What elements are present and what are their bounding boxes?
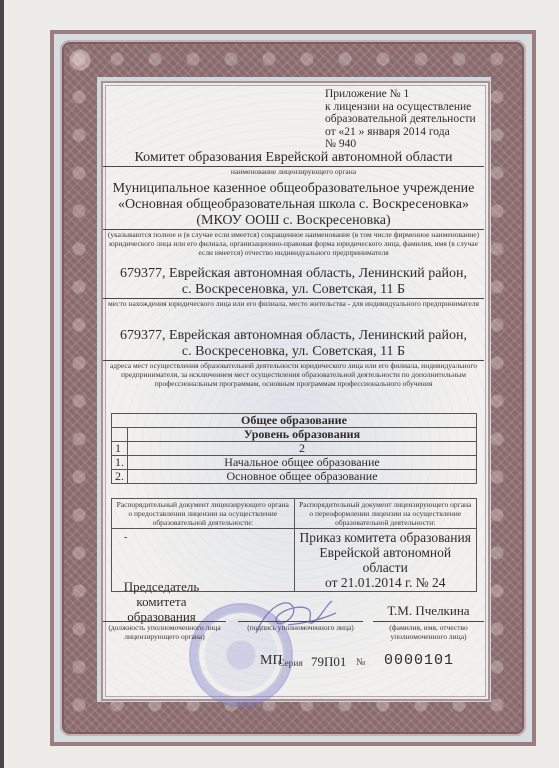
table-header-row: Уровень образования [112, 428, 477, 442]
table-row: 1. Начальное общее образование [112, 456, 477, 470]
number-sign: № [356, 657, 366, 668]
appendix-line: к лицензии на осуществление [325, 101, 485, 114]
organization-line: Муниципальное казенное общеобразовательн… [103, 181, 484, 197]
table-title-row: Общее образование [112, 414, 477, 428]
legal-address-caption: место нахождения юридического лица или е… [103, 298, 484, 308]
license-number: № 940 [325, 138, 485, 151]
form-number: 0000101 [384, 652, 454, 669]
appendix-block: Приложение № 1 к лицензии на осуществлен… [325, 88, 485, 151]
document-content: Приложение № 1 к лицензии на осуществлен… [103, 83, 484, 695]
signature-caption: (подпись уполномоченного лица) [238, 623, 363, 632]
organization-line: «Основная общеобразовательная школа с. В… [103, 197, 484, 213]
licensor-caption: наименование лицензирующего органа [103, 166, 484, 176]
table-cell: 1. [112, 456, 128, 470]
address-line: с. Воскресеновка, ул. Советская, 11 Б [103, 344, 484, 360]
document-date-number: от 21.01.2014 г. № 24 [296, 575, 476, 590]
column-header: Уровень образования [128, 428, 477, 442]
organization-name: Муниципальное казенное общеобразовательн… [103, 181, 484, 229]
table-cell: 2 [128, 442, 477, 456]
organization-short-name: (МКОУ ООШ с. Воскресеновка) [103, 213, 484, 229]
table-header-row: Распорядительный документ лицензирующего… [112, 499, 477, 529]
signer-position: Председатель комитета образования [109, 579, 214, 624]
position-line: Председатель [109, 579, 214, 594]
licensor-name: Комитет образования Еврейской автономной… [103, 150, 484, 166]
table-row: 1 2 [112, 442, 477, 456]
appendix-date: от «21 » января 2014 года [325, 126, 485, 139]
table-cell: 2. [112, 470, 128, 484]
signer-name: Т.М. Пчелкина [373, 603, 484, 618]
education-levels-table: Общее образование Уровень образования 1 … [111, 413, 477, 484]
series-label: Серия [278, 659, 303, 669]
address-line: 679377, Еврейская автономная область, Ле… [103, 328, 484, 344]
signer-rule [373, 621, 484, 622]
activity-address-caption: адреса мест осуществления образовательно… [103, 360, 484, 388]
legal-address: 679377, Еврейская автономная область, Ле… [103, 266, 484, 298]
document-line: Приказ комитета образования [296, 530, 476, 545]
table-cell [112, 428, 128, 442]
appendix-title: Приложение № 1 [325, 88, 485, 101]
table-cell: 1 [112, 442, 128, 456]
table-cell: Основное общее образование [128, 470, 477, 484]
activity-address: 679377, Еврейская автономная область, Ле… [103, 328, 484, 360]
reissue-document-header: Распорядительный документ лицензирующего… [294, 499, 477, 529]
licensor-block: Комитет образования Еврейской автономной… [103, 150, 484, 176]
reissue-document-value: Приказ комитета образования Еврейской ав… [294, 529, 477, 592]
table-row: 2. Основное общее образование [112, 470, 477, 484]
signer-caption: (фамилия, имя, отчество уполномоченного … [373, 623, 484, 641]
address-line: 679377, Еврейская автономная область, Ле… [103, 266, 484, 282]
position-caption: (должность уполномоченного лица лицензир… [103, 623, 226, 641]
table-cell: Начальное общее образование [128, 456, 477, 470]
signature-rule [238, 621, 363, 622]
position-rule [103, 621, 226, 622]
appendix-line: образовательной деятельности [325, 113, 485, 126]
document-line: Еврейской автономной области [296, 545, 476, 575]
organization-caption: (указываются полное и (в случае если име… [103, 229, 484, 257]
grant-document-header: Распорядительный документ лицензирующего… [112, 499, 295, 529]
administrative-documents-table: Распорядительный документ лицензирующего… [111, 498, 477, 592]
series-value: 79П01 [311, 654, 346, 670]
address-line: с. Воскресеновка, ул. Советская, 11 Б [103, 282, 484, 298]
table-title: Общее образование [112, 414, 477, 428]
handwritten-signature-icon [248, 595, 338, 640]
position-line: комитета [109, 594, 214, 609]
scan-edge [0, 0, 4, 768]
